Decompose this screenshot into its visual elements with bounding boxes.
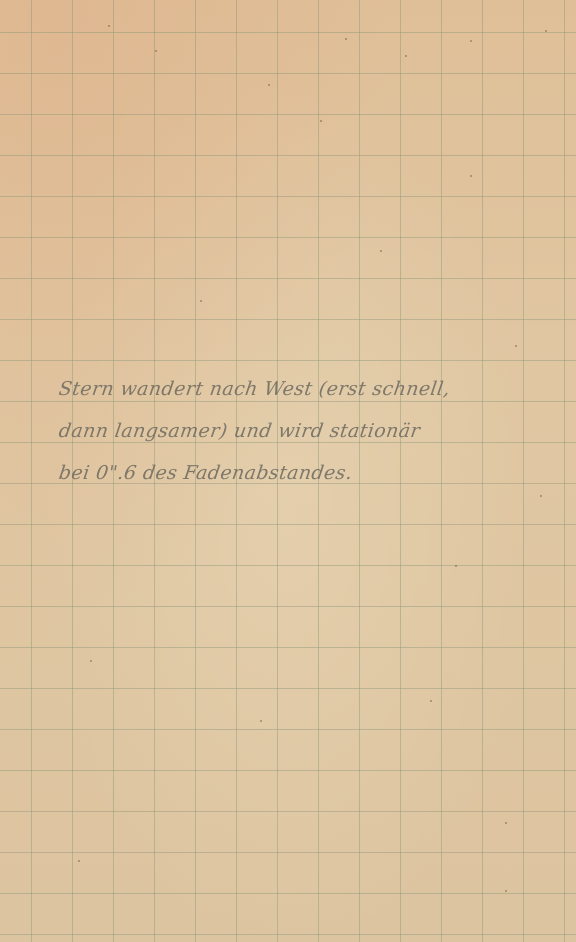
notebook-page: Stern wandert nach West (erst schnell, d…	[0, 0, 576, 942]
paper-speck	[345, 38, 347, 40]
note-line-3: bei 0".6 des Fadenabstandes.	[56, 452, 576, 494]
paper-speck	[78, 860, 80, 862]
paper-speck	[505, 822, 507, 824]
paper-speck	[320, 120, 322, 122]
paper-speck	[545, 30, 547, 32]
grid-horizontal-line	[0, 688, 576, 689]
paper-speck	[108, 25, 110, 27]
grid-horizontal-line	[0, 647, 576, 648]
grid-horizontal-line	[0, 237, 576, 238]
paper-speck	[260, 720, 262, 722]
paper-speck	[200, 300, 202, 302]
grid-horizontal-line	[0, 729, 576, 730]
grid-vertical-line	[31, 0, 32, 942]
grid-horizontal-line	[0, 32, 576, 33]
grid-horizontal-line	[0, 278, 576, 279]
grid-horizontal-line	[0, 852, 576, 853]
grid-horizontal-line	[0, 196, 576, 197]
grid-horizontal-line	[0, 565, 576, 566]
paper-speck	[90, 660, 92, 662]
paper-speck	[405, 55, 407, 57]
grid-horizontal-line	[0, 934, 576, 935]
paper-speck	[155, 50, 157, 52]
paper-speck	[470, 175, 472, 177]
paper-speck	[268, 84, 270, 86]
paper-speck	[430, 700, 432, 702]
paper-speck	[540, 495, 542, 497]
grid-horizontal-line	[0, 114, 576, 115]
grid-horizontal-line	[0, 893, 576, 894]
grid-horizontal-line	[0, 811, 576, 812]
paper-speck	[470, 40, 472, 42]
grid-horizontal-line	[0, 524, 576, 525]
paper-speck	[455, 565, 457, 567]
grid-horizontal-line	[0, 73, 576, 74]
note-line-1: Stern wandert nach West (erst schnell,	[56, 368, 576, 410]
paper-speck	[515, 345, 517, 347]
grid-horizontal-line	[0, 319, 576, 320]
paper-speck	[380, 250, 382, 252]
paper-speck	[505, 890, 507, 892]
handwritten-note: Stern wandert nach West (erst schnell, d…	[56, 368, 576, 494]
grid-horizontal-line	[0, 770, 576, 771]
note-line-2: dann langsamer) und wird stationär	[56, 410, 576, 452]
grid-horizontal-line	[0, 360, 576, 361]
grid-horizontal-line	[0, 606, 576, 607]
grid-horizontal-line	[0, 155, 576, 156]
